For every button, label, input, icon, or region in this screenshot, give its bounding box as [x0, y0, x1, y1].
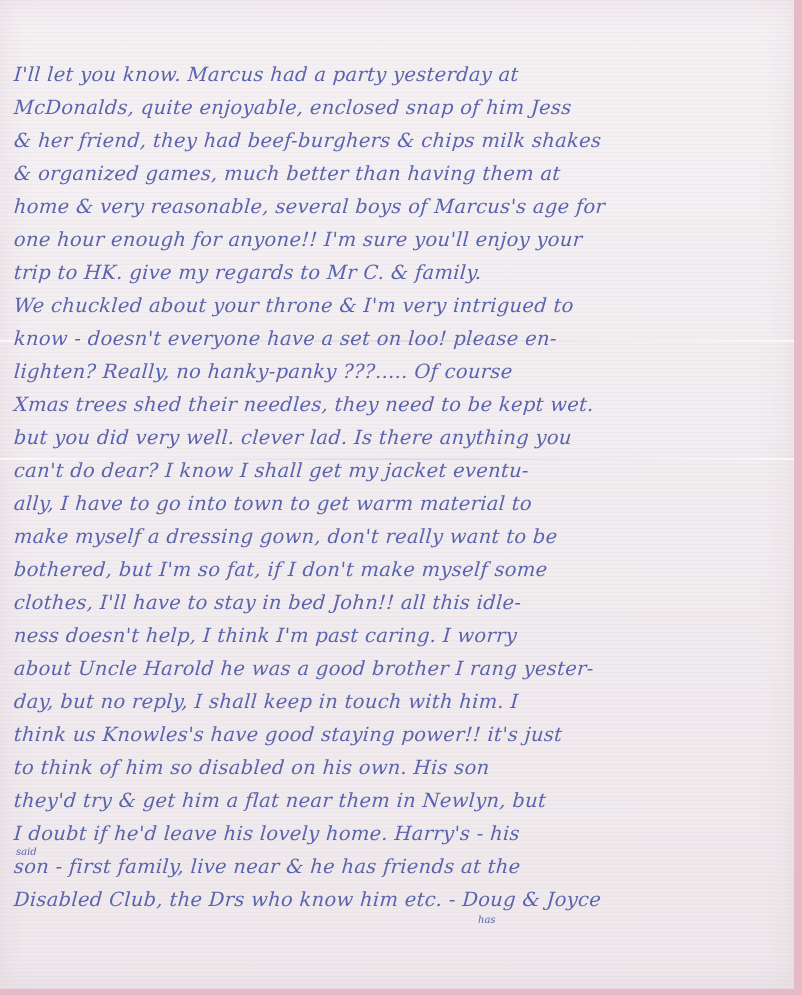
- letter-body: I'll let you know. Marcus had a party ye…: [14, 58, 784, 916]
- letter-line: son - first family, live near & he has f…: [13, 850, 785, 883]
- letter-line: & organized games, much better than havi…: [13, 157, 785, 190]
- letter-line: know - doesn't everyone have a set on lo…: [13, 322, 785, 355]
- inserted-word-said: said: [16, 848, 37, 858]
- letter-line: make myself a dressing gown, don't reall…: [13, 520, 785, 553]
- paper-border-bottom: [0, 989, 802, 995]
- letter-line: they'd try & get him a flat near them in…: [13, 784, 785, 817]
- letter-line: McDonalds, quite enjoyable, enclosed sna…: [13, 91, 785, 124]
- letter-line: day, but no reply, I shall keep in touch…: [13, 685, 785, 718]
- letter-line: Xmas trees shed their needles, they need…: [13, 388, 785, 421]
- letter-line: think us Knowles's have good staying pow…: [13, 718, 785, 751]
- letter-line: trip to HK. give my regards to Mr C. & f…: [13, 256, 785, 289]
- letter-line: one hour enough for anyone!! I'm sure yo…: [13, 223, 785, 256]
- letter-line: clothes, I'll have to stay in bed John!!…: [13, 586, 785, 619]
- letter-line: about Uncle Harold he was a good brother…: [13, 652, 785, 685]
- letter-line: but you did very well. clever lad. Is th…: [13, 421, 785, 454]
- letter-line: Disabled Club, the Drs who know him etc.…: [13, 883, 785, 916]
- paper-border-right: [794, 0, 802, 995]
- letter-line: can't do dear? I know I shall get my jac…: [13, 454, 785, 487]
- letter-line: & her friend, they had beef-burghers & c…: [13, 124, 785, 157]
- letter-line: We chuckled about your throne & I'm very…: [13, 289, 785, 322]
- letter-line: I'll let you know. Marcus had a party ye…: [13, 58, 785, 91]
- letter-line: bothered, but I'm so fat, if I don't mak…: [13, 553, 785, 586]
- letter-line: to think of him so disabled on his own. …: [13, 751, 785, 784]
- letter-paper: I'll let you know. Marcus had a party ye…: [0, 0, 794, 989]
- letter-line: I doubt if he'd leave his lovely home. H…: [13, 817, 785, 850]
- letter-line: lighten? Really, no hanky-panky ???.....…: [13, 355, 785, 388]
- inserted-word-has: has: [478, 916, 496, 926]
- letter-line: ally, I have to go into town to get warm…: [13, 487, 785, 520]
- letter-line: ness doesn't help, I think I'm past cari…: [13, 619, 785, 652]
- letter-line: home & very reasonable, several boys of …: [13, 190, 785, 223]
